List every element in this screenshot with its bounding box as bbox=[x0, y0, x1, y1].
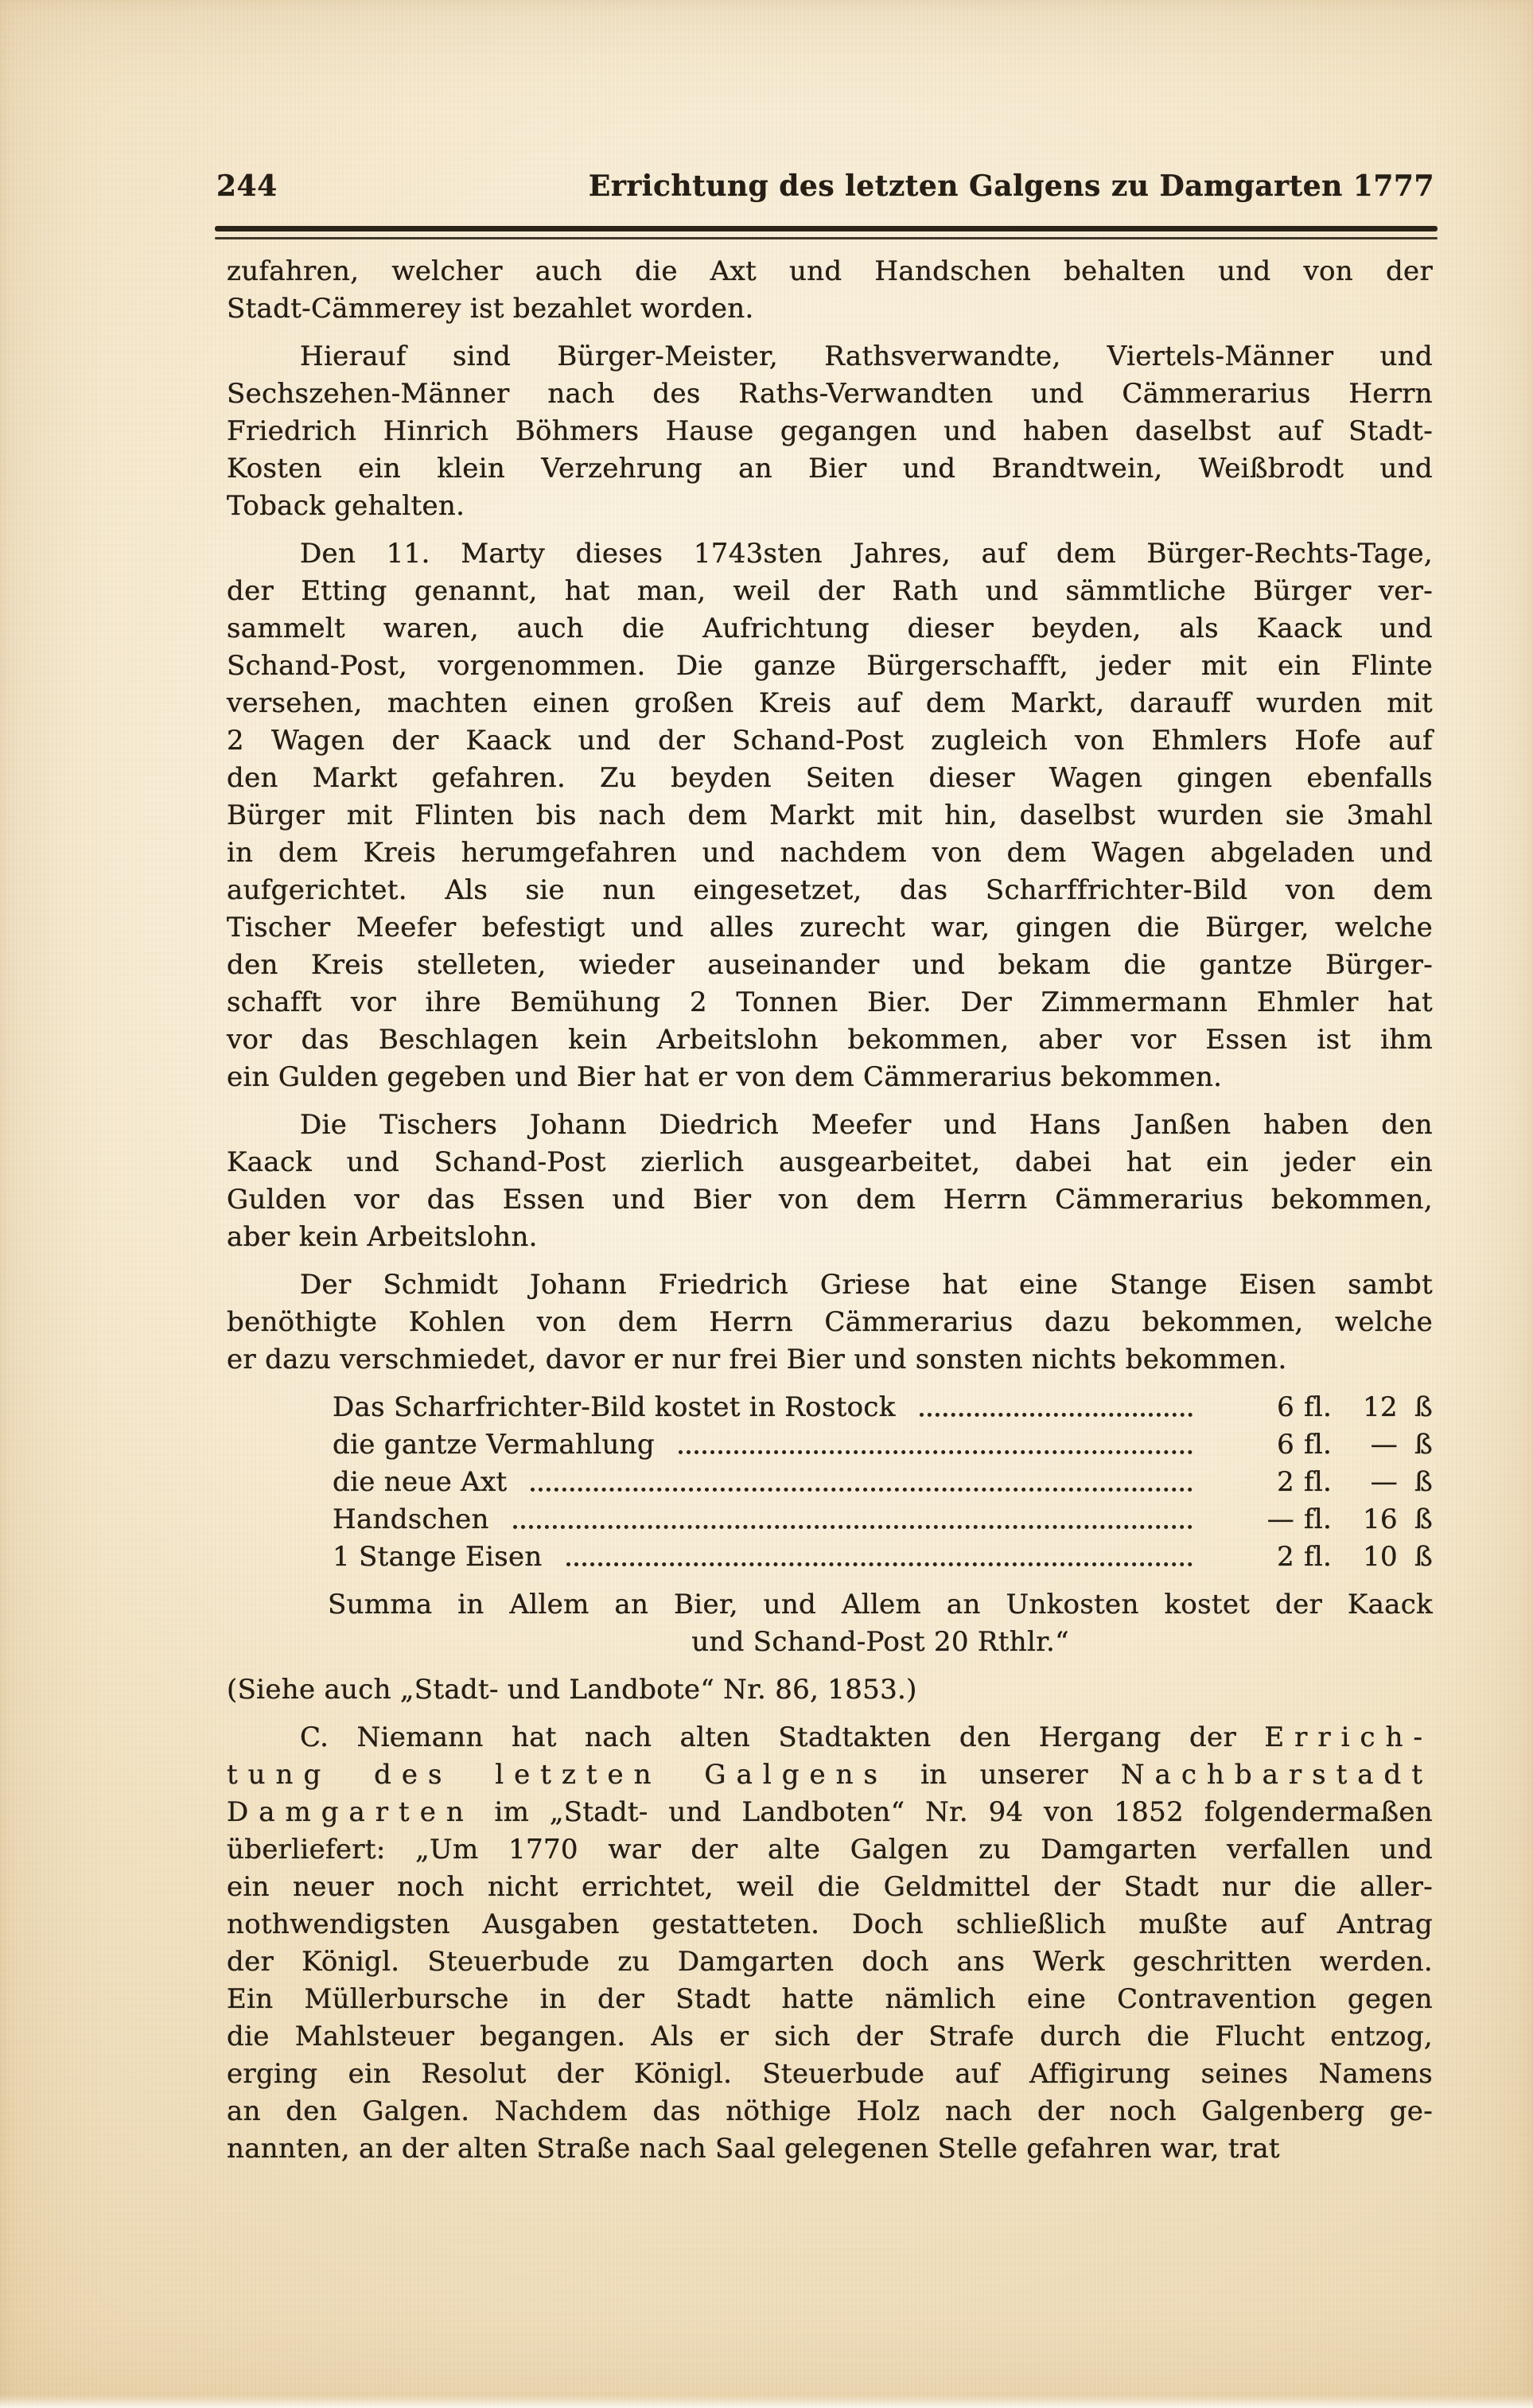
gulden-unit: fl. bbox=[1294, 1389, 1348, 1426]
text-line: Den 11. Marty dieses 1743sten Jahres, au… bbox=[227, 535, 1433, 573]
text-segment: im „Stadt- und Landboten“ Nr. 94 von 185… bbox=[474, 1796, 1433, 1828]
cost-line-item: die neue Axt2fl.—ß bbox=[227, 1464, 1433, 1501]
text-line: Toback gehalten. bbox=[227, 488, 1433, 525]
text-line: der Königl. Steuerbude zu Damgarten doch… bbox=[227, 1943, 1433, 1981]
text-line: Die Tischers Johann Diedrich Meefer und … bbox=[227, 1107, 1433, 1144]
text-line: Sechszehen-Männer nach des Raths-Verwand… bbox=[227, 375, 1433, 413]
text-line: zufahren, welcher auch die Axt und Hands… bbox=[227, 253, 1433, 290]
text-line: 2 Wagen der Kaack und der Schand-Post zu… bbox=[227, 722, 1433, 760]
text-line: Hierauf sind Bürger-Meister, Rathsverwan… bbox=[227, 338, 1433, 375]
text-line: die Mahlsteuer begangen. Als er sich der… bbox=[227, 2018, 1433, 2056]
text-line: vor das Beschlagen kein Arbeitslohn beko… bbox=[227, 1021, 1433, 1059]
summa-total: Summa in Allem an Bier, und Allem an Unk… bbox=[227, 1586, 1433, 1661]
dotted-leader bbox=[679, 1450, 1193, 1454]
gulden-unit: fl. bbox=[1294, 1501, 1348, 1539]
scanned-book-page: 244 Errichtung des letzten Galgens zu Da… bbox=[0, 0, 1533, 2408]
text-line: der Etting genannt, hat man, weil der Ra… bbox=[227, 573, 1433, 610]
paragraph: Hierauf sind Bürger-Meister, Rathsverwan… bbox=[227, 338, 1433, 525]
running-header: 244 Errichtung des letzten Galgens zu Da… bbox=[216, 170, 1434, 202]
text-line: aufgerichtet. Als sie nun eingesetzet, d… bbox=[227, 872, 1433, 909]
text-line: er dazu verschmiedet, davor er nur frei … bbox=[227, 1341, 1433, 1379]
dotted-leader bbox=[531, 1488, 1193, 1492]
paragraph: Der Schmidt Johann Friedrich Griese hat … bbox=[227, 1266, 1433, 1379]
dotted-leader bbox=[513, 1525, 1193, 1529]
text-line: Tischer Meefer befestigt und alles zurec… bbox=[227, 909, 1433, 947]
text-line: tung des letzten Galgens in unserer Nach… bbox=[227, 1756, 1433, 1794]
paragraph: Den 11. Marty dieses 1743sten Jahres, au… bbox=[227, 535, 1433, 1096]
header-rule-thin bbox=[215, 237, 1438, 239]
text-line: in dem Kreis herumgefahren und nachdem v… bbox=[227, 834, 1433, 872]
text-line: nannten, an der alten Straße nach Saal g… bbox=[227, 2130, 1433, 2168]
schilling-amount: 12 bbox=[1348, 1389, 1398, 1426]
schilling-unit: ß bbox=[1398, 1426, 1433, 1464]
source-note: (Siehe auch „Stadt- und Landbote“ Nr. 86… bbox=[227, 1671, 1433, 1709]
text-line: Damgarten im „Stadt- und Landboten“ Nr. … bbox=[227, 1794, 1433, 1831]
running-header-title: Errichtung des letzten Galgens zu Damgar… bbox=[589, 170, 1434, 202]
text-line: (Siehe auch „Stadt- und Landbote“ Nr. 86… bbox=[227, 1671, 1433, 1709]
dotted-leader bbox=[920, 1413, 1193, 1417]
text-line: ein neuer noch nicht errichtet, weil die… bbox=[227, 1869, 1433, 1906]
gulden-amount: — bbox=[1259, 1501, 1294, 1539]
cost-line-item: Handschen—fl.16ß bbox=[227, 1501, 1433, 1539]
text-line: Kaack und Schand-Post zierlich ausgearbe… bbox=[227, 1144, 1433, 1181]
schilling-unit: ß bbox=[1398, 1464, 1433, 1501]
letterspaced-text: tung des letzten Galgens bbox=[227, 1759, 888, 1791]
text-line: C. Niemann hat nach alten Stadtakten den… bbox=[227, 1719, 1433, 1756]
schilling-amount: — bbox=[1348, 1464, 1398, 1501]
text-line: benöthigte Kohlen von dem Herrn Cämmerar… bbox=[227, 1304, 1433, 1341]
gulden-amount: 6 bbox=[1259, 1389, 1294, 1426]
text-line: Kosten ein klein Verzehrung an Bier und … bbox=[227, 450, 1433, 488]
gulden-amount: 2 bbox=[1259, 1539, 1294, 1576]
text-line: Stadt-Cämmerey ist bezahlet worden. bbox=[227, 290, 1433, 328]
paragraph: zufahren, welcher auch die Axt und Hands… bbox=[227, 253, 1433, 328]
cost-list: Das Scharfrichter-Bild kostet in Rostock… bbox=[227, 1389, 1433, 1576]
text-segment: in unserer bbox=[888, 1759, 1121, 1791]
text-line: Bürger mit Flinten bis nach dem Markt mi… bbox=[227, 797, 1433, 834]
gulden-unit: fl. bbox=[1294, 1539, 1348, 1576]
text-line: aber kein Arbeitslohn. bbox=[227, 1219, 1433, 1256]
gulden-unit: fl. bbox=[1294, 1426, 1348, 1464]
text-line: erging ein Resolut der Königl. Steuerbud… bbox=[227, 2056, 1433, 2093]
gulden-amount: 2 bbox=[1259, 1464, 1294, 1501]
text-line: Summa in Allem an Bier, und Allem an Unk… bbox=[328, 1586, 1433, 1624]
cost-line-item: 1 Stange Eisen2fl.10ß bbox=[227, 1539, 1433, 1576]
paragraph: Die Tischers Johann Diedrich Meefer und … bbox=[227, 1107, 1433, 1256]
text-segment: C. Niemann hat nach alten Stadtakten den… bbox=[300, 1721, 1264, 1753]
page-number: 244 bbox=[216, 170, 278, 202]
text-line: Ein Müllerbursche in der Stadt hatte näm… bbox=[227, 1981, 1433, 2018]
text-line: sammelt waren, auch die Aufrichtung dies… bbox=[227, 610, 1433, 648]
letterspaced-text: Damgarten bbox=[227, 1796, 474, 1828]
text-line: den Kreis stelleten, wieder auseinander … bbox=[227, 947, 1433, 984]
header-rule-thick bbox=[215, 226, 1438, 231]
gulden-amount: 6 bbox=[1259, 1426, 1294, 1464]
schilling-unit: ß bbox=[1398, 1539, 1433, 1576]
letterspaced-text: Errich- bbox=[1264, 1721, 1433, 1753]
text-line: Friedrich Hinrich Böhmers Hause gegangen… bbox=[227, 413, 1433, 450]
dotted-leader bbox=[566, 1562, 1193, 1566]
page-body: zufahren, welcher auch die Axt und Hands… bbox=[227, 253, 1433, 2178]
paragraph: C. Niemann hat nach alten Stadtakten den… bbox=[227, 1719, 1433, 2168]
letterspaced-text: Nachbarstadt bbox=[1121, 1759, 1433, 1791]
cost-line-item: Das Scharfrichter-Bild kostet in Rostock… bbox=[227, 1389, 1433, 1426]
schilling-amount: 10 bbox=[1348, 1539, 1398, 1576]
text-line: schafft vor ihre Bemühung 2 Tonnen Bier.… bbox=[227, 984, 1433, 1021]
cost-line-item: die gantze Vermahlung6fl.—ß bbox=[227, 1426, 1433, 1464]
schilling-unit: ß bbox=[1398, 1389, 1433, 1426]
text-line: überliefert: „Um 1770 war der alte Galge… bbox=[227, 1831, 1433, 1869]
text-line: an den Galgen. Nachdem das nöthige Holz … bbox=[227, 2093, 1433, 2130]
text-line: Der Schmidt Johann Friedrich Griese hat … bbox=[227, 1266, 1433, 1304]
cost-label: die gantze Vermahlung bbox=[333, 1426, 655, 1464]
text-line: Schand-Post, vorgenommen. Die ganze Bürg… bbox=[227, 648, 1433, 685]
gulden-unit: fl. bbox=[1294, 1464, 1348, 1501]
text-line: ein Gulden gegeben und Bier hat er von d… bbox=[227, 1059, 1433, 1096]
text-line: versehen, machten einen großen Kreis auf… bbox=[227, 685, 1433, 722]
cost-label: Das Scharfrichter-Bild kostet in Rostock bbox=[333, 1389, 896, 1426]
text-line: nothwendigsten Ausgaben gestatteten. Doc… bbox=[227, 1906, 1433, 1943]
schilling-amount: 16 bbox=[1348, 1501, 1398, 1539]
schilling-unit: ß bbox=[1398, 1501, 1433, 1539]
cost-label: Handschen bbox=[333, 1501, 489, 1539]
cost-label: die neue Axt bbox=[333, 1464, 507, 1501]
text-line: den Markt gefahren. Zu beyden Seiten die… bbox=[227, 760, 1433, 797]
text-line: Gulden vor das Essen und Bier von dem He… bbox=[227, 1181, 1433, 1219]
schilling-amount: — bbox=[1348, 1426, 1398, 1464]
text-line: und Schand-Post 20 Rthlr.“ bbox=[328, 1624, 1433, 1661]
cost-label: 1 Stange Eisen bbox=[333, 1539, 543, 1576]
